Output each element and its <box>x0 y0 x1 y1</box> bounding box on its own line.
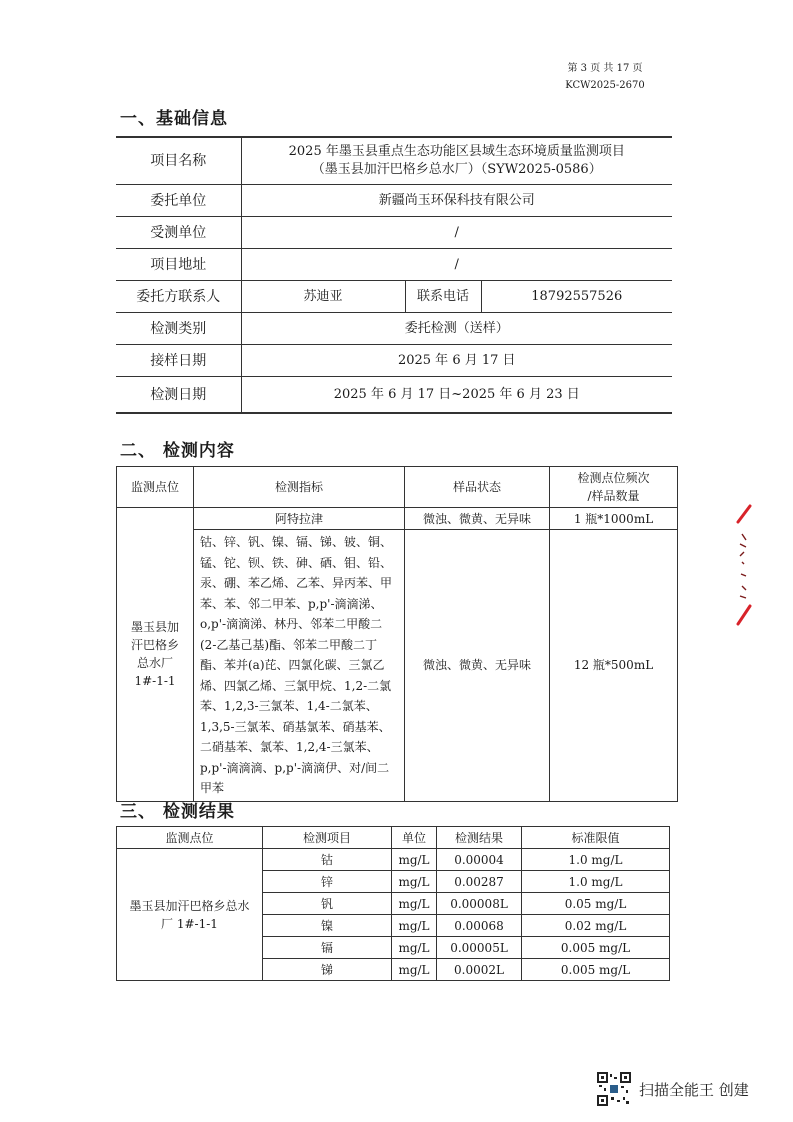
row-test-date: 检测日期 2025 年 6 月 17 日~2025 年 6 月 23 日 <box>116 377 672 414</box>
seal-stamp-icon <box>728 500 758 630</box>
item-cell: 钒 <box>263 893 392 915</box>
site-line: 墨玉县加 <box>121 618 189 636</box>
report-number: KCW2025-2670 <box>510 77 700 94</box>
section-title-test-results: 三、 检测结果 <box>120 797 235 822</box>
client-label: 委托单位 <box>116 185 241 217</box>
quantity-cell: 12 瓶*500mL <box>550 530 678 802</box>
test-results-table: 监测点位 检测项目 单位 检测结果 标准限值 墨玉县加汗巴格乡总水 厂 1#-1… <box>116 826 670 981</box>
quantity-cell: 1 瓶*1000mL <box>550 508 678 530</box>
site-cell: 墨玉县加汗巴格乡总水 厂 1#-1-1 <box>117 849 263 981</box>
limit-cell: 1.0 mg/L <box>522 849 670 871</box>
row-category: 检测类别 委托检测（送样） <box>116 313 672 345</box>
client-value: 新疆尚玉环保科技有限公司 <box>241 185 672 217</box>
indicator-cell: 阿特拉津 <box>194 508 405 530</box>
header-result: 检测结果 <box>437 827 522 849</box>
header-frequency-line2: /样品数量 <box>554 487 673 505</box>
section-title-test-content: 二、 检测内容 <box>120 436 235 461</box>
project-name-label: 项目名称 <box>116 137 241 185</box>
unit-cell: mg/L <box>392 849 437 871</box>
site-line: 厂 1#-1-1 <box>119 915 260 933</box>
result-cell: 0.00287 <box>437 871 522 893</box>
tested-unit-label: 受测单位 <box>116 217 241 249</box>
header-frequency: 检测点位频次 /样品数量 <box>550 467 678 508</box>
header-row: 监测点位 检测指标 样品状态 检测点位频次 /样品数量 <box>117 467 678 508</box>
test-date-label: 检测日期 <box>116 377 241 414</box>
contact-value: 苏迪亚 <box>241 281 405 313</box>
phone-value: 18792557526 <box>481 281 672 313</box>
item-cell: 锌 <box>263 871 392 893</box>
limit-cell: 0.005 mg/L <box>522 937 670 959</box>
limit-cell: 0.005 mg/L <box>522 959 670 981</box>
row-receive-date: 接样日期 2025 年 6 月 17 日 <box>116 345 672 377</box>
result-cell: 0.00004 <box>437 849 522 871</box>
section-title-basic-info: 一、基础信息 <box>120 104 228 129</box>
header-item: 检测项目 <box>263 827 392 849</box>
address-value: / <box>241 249 672 281</box>
table-row: 钴、锌、钒、镍、镉、锑、铍、铜、锰、铊、钡、铁、砷、硒、钼、铅、汞、硼、苯乙烯、… <box>117 530 678 802</box>
indicator-cell: 钴、锌、钒、镍、镉、锑、铍、铜、锰、铊、钡、铁、砷、硒、钼、铅、汞、硼、苯乙烯、… <box>194 530 405 802</box>
result-cell: 0.0002L <box>437 959 522 981</box>
phone-label: 联系电话 <box>405 281 481 313</box>
project-name-value: 2025 年墨玉县重点生态功能区县域生态环境质量监测项目 （墨玉县加汗巴格乡总水… <box>241 137 672 185</box>
scanner-watermark: 扫描全能王 创建 <box>597 1072 749 1106</box>
address-label: 项目地址 <box>116 249 241 281</box>
sample-state-cell: 微浊、微黄、无异味 <box>405 530 550 802</box>
category-label: 检测类别 <box>116 313 241 345</box>
page-indicator: 第 3 页 共 17 页 <box>510 60 700 77</box>
unit-cell: mg/L <box>392 937 437 959</box>
qr-code-icon <box>597 1072 631 1106</box>
header-limit: 标准限值 <box>522 827 670 849</box>
header-frequency-line1: 检测点位频次 <box>554 469 673 487</box>
test-content-table: 监测点位 检测指标 样品状态 检测点位频次 /样品数量 墨玉县加 汗巴格乡 总水… <box>116 466 678 802</box>
tested-unit-value: / <box>241 217 672 249</box>
result-cell: 0.00005L <box>437 937 522 959</box>
table-row: 墨玉县加汗巴格乡总水 厂 1#-1-1 钴 mg/L 0.00004 1.0 m… <box>117 849 670 871</box>
header-site: 监测点位 <box>117 467 194 508</box>
scanner-brand-text: 扫描全能王 创建 <box>639 1079 749 1100</box>
receive-date-label: 接样日期 <box>116 345 241 377</box>
category-value: 委托检测（送样） <box>241 313 672 345</box>
item-cell: 镉 <box>263 937 392 959</box>
limit-cell: 0.05 mg/L <box>522 893 670 915</box>
item-cell: 镍 <box>263 915 392 937</box>
header-indicators: 检测指标 <box>194 467 405 508</box>
header-row: 监测点位 检测项目 单位 检测结果 标准限值 <box>117 827 670 849</box>
limit-cell: 1.0 mg/L <box>522 871 670 893</box>
unit-cell: mg/L <box>392 959 437 981</box>
table-row: 墨玉县加 汗巴格乡 总水厂 1#-1-1 阿特拉津 微浊、微黄、无异味 1 瓶*… <box>117 508 678 530</box>
item-cell: 锑 <box>263 959 392 981</box>
sample-state-cell: 微浊、微黄、无异味 <box>405 508 550 530</box>
row-contact: 委托方联系人 苏迪亚 联系电话 18792557526 <box>116 281 672 313</box>
contact-label: 委托方联系人 <box>116 281 241 313</box>
site-line: 墨玉县加汗巴格乡总水 <box>119 897 260 915</box>
result-cell: 0.00068 <box>437 915 522 937</box>
result-cell: 0.00008L <box>437 893 522 915</box>
receive-date-value: 2025 年 6 月 17 日 <box>241 345 672 377</box>
header-unit: 单位 <box>392 827 437 849</box>
limit-cell: 0.02 mg/L <box>522 915 670 937</box>
test-date-value: 2025 年 6 月 17 日~2025 年 6 月 23 日 <box>241 377 672 414</box>
item-cell: 钴 <box>263 849 392 871</box>
site-cell: 墨玉县加 汗巴格乡 总水厂 1#-1-1 <box>117 508 194 802</box>
row-client: 委托单位 新疆尚玉环保科技有限公司 <box>116 185 672 217</box>
site-line: 总水厂 <box>121 654 189 672</box>
unit-cell: mg/L <box>392 893 437 915</box>
row-project-name: 项目名称 2025 年墨玉县重点生态功能区县域生态环境质量监测项目 （墨玉县加汗… <box>116 137 672 185</box>
project-name-line1: 2025 年墨玉县重点生态功能区县域生态环境质量监测项目 <box>246 143 669 161</box>
header-sample-state: 样品状态 <box>405 467 550 508</box>
header-site: 监测点位 <box>117 827 263 849</box>
site-line: 汗巴格乡 <box>121 636 189 654</box>
unit-cell: mg/L <box>392 915 437 937</box>
row-tested-unit: 受测单位 / <box>116 217 672 249</box>
page-header: 第 3 页 共 17 页 KCW2025-2670 <box>510 60 700 94</box>
site-line: 1#-1-1 <box>121 672 189 690</box>
basic-info-table: 项目名称 2025 年墨玉县重点生态功能区县域生态环境质量监测项目 （墨玉县加汗… <box>116 136 672 414</box>
row-address: 项目地址 / <box>116 249 672 281</box>
unit-cell: mg/L <box>392 871 437 893</box>
project-name-line2: （墨玉县加汗巴格乡总水厂）（SYW2025-0586） <box>246 161 669 179</box>
